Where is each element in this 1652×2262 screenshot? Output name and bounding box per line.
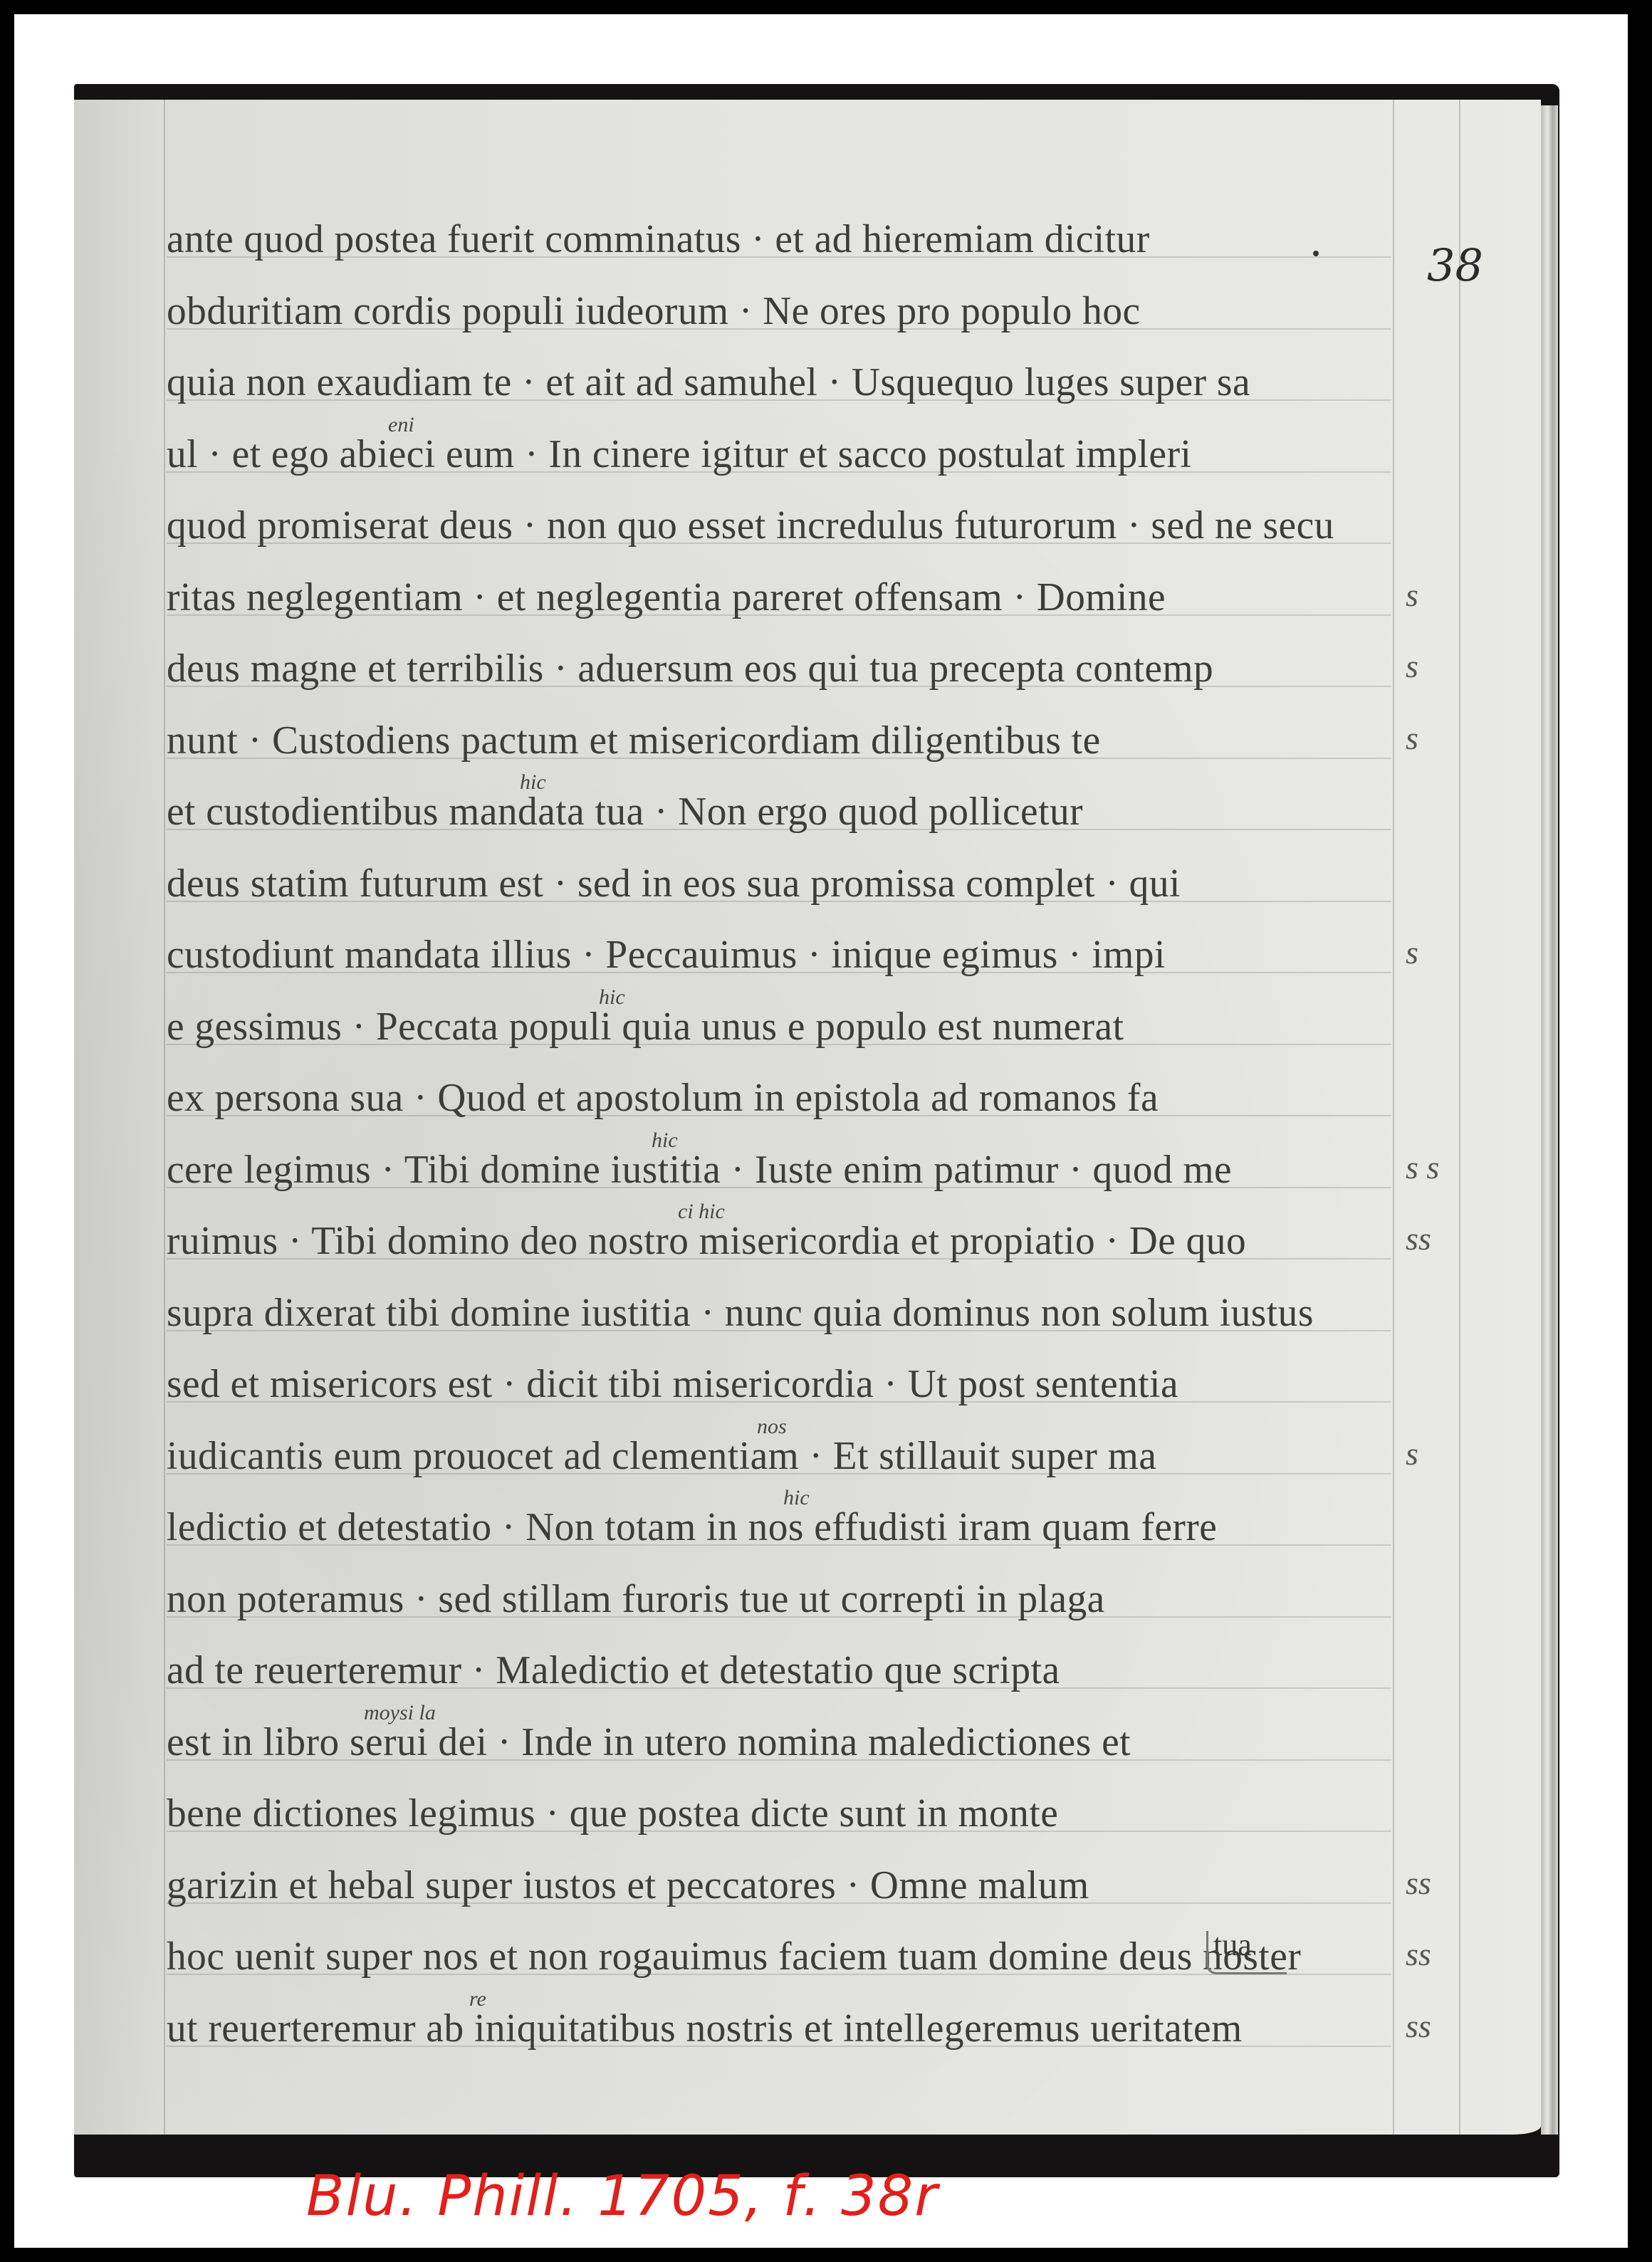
manuscript-line: ex persona sua · Quod et apostolum in ep…: [167, 1078, 1377, 1118]
manuscript-photograph: 38 ante quod postea fuerit comminatus · …: [74, 84, 1559, 2177]
margin-mark: s: [1406, 1435, 1418, 1472]
interlinear-gloss: moysi la: [364, 1701, 436, 1725]
manuscript-line: ritas neglegentiam · et neglegentia pare…: [167, 577, 1377, 617]
margin-mark: ss: [1406, 1220, 1431, 1257]
manuscript-line: obduritiam cordis populi iudeorum · Ne o…: [167, 291, 1377, 331]
parchment-page: 38 ante quod postea fuerit comminatus · …: [74, 100, 1541, 2135]
margin-mark: s s: [1406, 1148, 1439, 1186]
interlinear-gloss: nos: [757, 1415, 787, 1439]
manuscript-line: quia non exaudiam te · et ait ad samuhel…: [167, 362, 1377, 402]
margin-mark: s: [1406, 576, 1418, 614]
manuscript-line: bene dictiones legimus · que postea dict…: [167, 1794, 1377, 1833]
manuscript-line: ul · et ego abieci eum · In cinere igitu…: [167, 434, 1377, 474]
interlinear-gloss: hic: [599, 985, 625, 1010]
manuscript-line: supra dixerat tibi domine iustitia · nun…: [167, 1293, 1377, 1333]
ruling-line: [1459, 100, 1460, 2135]
interlinear-gloss: hic: [520, 770, 546, 795]
margin-mark: s: [1406, 647, 1418, 685]
manuscript-line: ruimus · Tibi domino deo nostro miserico…: [167, 1221, 1377, 1261]
manuscript-line: ad te reuerteremur · Maledictio et detes…: [167, 1650, 1377, 1690]
manuscript-line: non poteramus · sed stillam furoris tue …: [167, 1579, 1377, 1619]
interlinear-gloss: ci hic: [678, 1200, 725, 1224]
ruling-line: [1393, 100, 1394, 2135]
interlinear-gloss: eni: [388, 413, 414, 437]
manuscript-line: sed et misericors est · dicit tibi miser…: [167, 1364, 1377, 1404]
margin-mark: ss: [1406, 2007, 1431, 2045]
page-edge: [1541, 105, 1558, 2135]
manuscript-line: et custodientibus mandata tua · Non ergo…: [167, 792, 1377, 832]
shelfmark-caption: Blu. Phill. 1705, f. 38r: [306, 2164, 1303, 2229]
margin-mark: s: [1406, 719, 1418, 757]
manuscript-line: e gessimus · Peccata populi quia unus e …: [167, 1007, 1377, 1047]
manuscript-line: ut reuerteremur ab iniquitatibus nostris…: [167, 2009, 1377, 2048]
manuscript-line: hoc uenit super nos et non rogauimus fac…: [167, 1937, 1377, 1976]
manuscript-line: deus statim futurum est · sed in eos sua…: [167, 864, 1377, 904]
manuscript-line: iudicantis eum prouocet ad clementiam · …: [167, 1436, 1377, 1476]
manuscript-line: ledictio et detestatio · Non totam in no…: [167, 1507, 1377, 1547]
interlinear-gloss: re: [469, 1987, 486, 2011]
interlinear-gloss: hic: [652, 1129, 678, 1153]
margin-mark: ss: [1406, 1935, 1431, 1973]
manuscript-line: est in libro serui dei · Inde in utero n…: [167, 1722, 1377, 1762]
folio-number: 38: [1427, 239, 1483, 291]
manuscript-line: ante quod postea fuerit comminatus · et …: [167, 219, 1377, 259]
interlinear-gloss: hic: [783, 1486, 810, 1510]
manuscript-line: garizin et hebal super iustos et peccato…: [167, 1865, 1377, 1905]
margin-mark: ss: [1406, 1864, 1431, 1902]
margin-mark: s: [1406, 933, 1418, 971]
manuscript-line: nunt · Custodiens pactum et misericordia…: [167, 721, 1377, 760]
manuscript-line: cere legimus · Tibi domine iustitia · Iu…: [167, 1150, 1377, 1190]
manuscript-line: quod promiserat deus · non quo esset inc…: [167, 506, 1377, 545]
manuscript-line: custodiunt mandata illius · Peccauimus ·…: [167, 935, 1377, 975]
catchword: tua: [1213, 1927, 1252, 1963]
ruling-line: [164, 100, 165, 2135]
manuscript-line: deus magne et terribilis · aduersum eos …: [167, 649, 1377, 688]
